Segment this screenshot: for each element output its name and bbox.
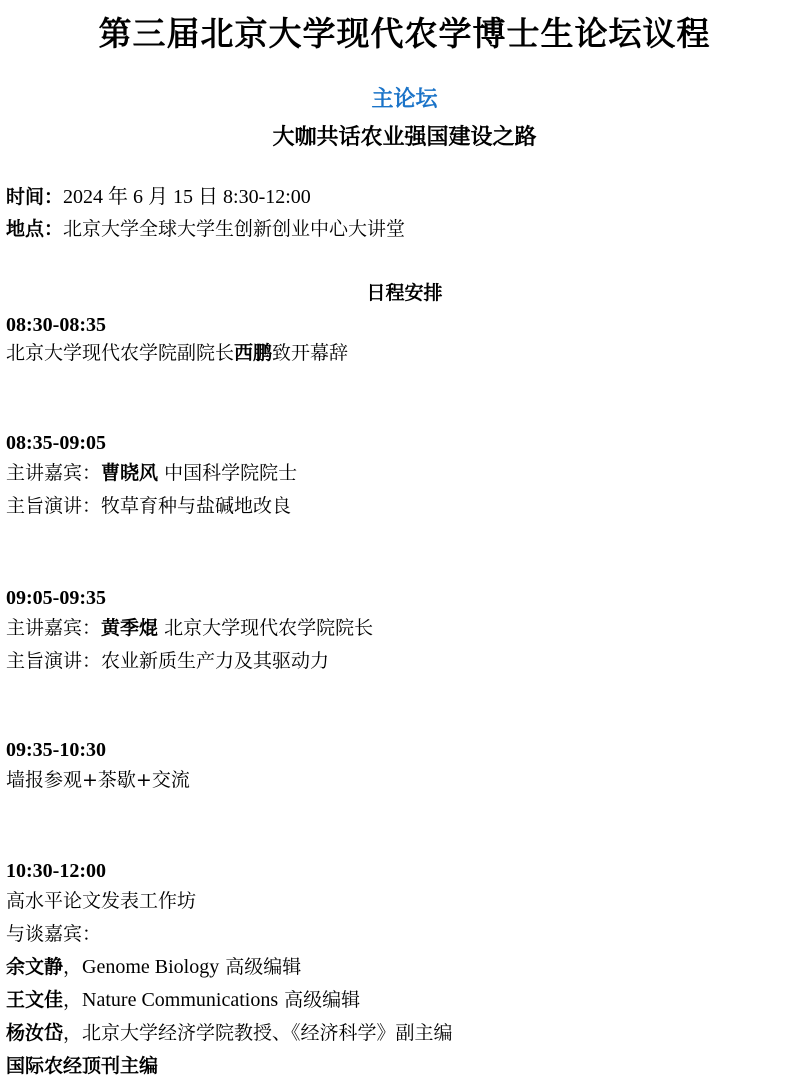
event-place-row: 地点：北京大学全球大学生创新创业中心大讲堂 [6, 216, 405, 242]
schedule-time-5: 10:30-12:00 [6, 858, 106, 884]
speaker-title: 北京大学现代农学院院长 [164, 617, 373, 639]
schedule-time-1: 08:30-08:35 [6, 312, 106, 338]
guest-name: 杨汝岱 [6, 1022, 63, 1044]
forum-label: 主论坛 [0, 84, 809, 114]
schedule-item-4-activity: 墙报参观+茶歇+交流 [6, 767, 190, 793]
schedule-time-2: 08:35-09:05 [6, 430, 106, 456]
time-label: 时间： [6, 186, 63, 208]
time-value: 2024 年 6 月 15 日 8:30-12:00 [63, 186, 311, 208]
guest-name: 余文静 [6, 956, 63, 978]
forum-subtitle: 大咖共话农业强国建设之路 [0, 122, 809, 152]
schedule-item-2-speaker: 主讲嘉宾：曹晓风 中国科学院院士 [6, 460, 297, 486]
place-label: 地点： [6, 218, 63, 240]
schedule-item-2-talk: 主旨演讲：牧草育种与盐碱地改良 [6, 493, 291, 519]
guest-name: 王文佳 [6, 989, 63, 1011]
guest-sep: ， [63, 956, 82, 978]
opening-speaker: 西鹏 [234, 342, 272, 364]
speaker-label: 主讲嘉宾： [6, 617, 101, 639]
guest-row-2: 王文佳，Nature Communications 高级编辑 [6, 987, 360, 1013]
opening-prefix: 北京大学现代农学院副院长 [6, 342, 234, 364]
document-title: 第三届北京大学现代农学博士生论坛议程 [0, 14, 809, 54]
guest-role: 高级编辑 [219, 956, 301, 978]
schedule-item-3-talk: 主旨演讲：农业新质生产力及其驱动力 [6, 648, 329, 674]
place-value: 北京大学全球大学生创新创业中心大讲堂 [63, 218, 405, 240]
event-time-row: 时间：2024 年 6 月 15 日 8:30-12:00 [6, 184, 311, 210]
opening-suffix: 致开幕辞 [272, 342, 348, 364]
speaker-name: 黄季焜 [101, 617, 158, 639]
guest-row-3: 杨汝岱，北京大学经济学院教授、《经济科学》副主编 [6, 1020, 453, 1046]
talk-label: 主旨演讲： [6, 495, 101, 517]
guests-label: 与谈嘉宾： [6, 921, 101, 947]
schedule-item-5-activity: 高水平论文发表工作坊 [6, 888, 196, 914]
guest-row-1: 余文静，Genome Biology 高级编辑 [6, 954, 301, 980]
trailing-bold-line: 国际农经顶刊主编 [6, 1053, 158, 1079]
guest-journal: Genome Biology [82, 956, 219, 978]
schedule-heading: 日程安排 [0, 280, 809, 306]
guest-journal: Nature Communications [82, 989, 278, 1011]
agenda-document: 第三届北京大学现代农学博士生论坛议程 主论坛 大咖共话农业强国建设之路 时间：2… [0, 0, 809, 1092]
speaker-title: 中国科学院院士 [164, 462, 297, 484]
talk-title: 牧草育种与盐碱地改良 [101, 495, 291, 517]
speaker-name: 曹晓风 [101, 462, 158, 484]
talk-label: 主旨演讲： [6, 650, 101, 672]
guest-sep: ， [63, 989, 82, 1011]
schedule-heading-text: 日程安排 [366, 280, 442, 306]
schedule-time-3: 09:05-09:35 [6, 585, 106, 611]
schedule-time-4: 09:35-10:30 [6, 737, 106, 763]
guest-sep: ， [63, 1022, 82, 1044]
schedule-item-3-speaker: 主讲嘉宾：黄季焜 北京大学现代农学院院长 [6, 615, 373, 641]
speaker-label: 主讲嘉宾： [6, 462, 101, 484]
talk-title: 农业新质生产力及其驱动力 [101, 650, 329, 672]
guest-role: 北京大学经济学院教授、《经济科学》副主编 [82, 1022, 453, 1044]
schedule-item-1-desc: 北京大学现代农学院副院长西鹏致开幕辞 [6, 340, 348, 366]
guest-role: 高级编辑 [278, 989, 360, 1011]
